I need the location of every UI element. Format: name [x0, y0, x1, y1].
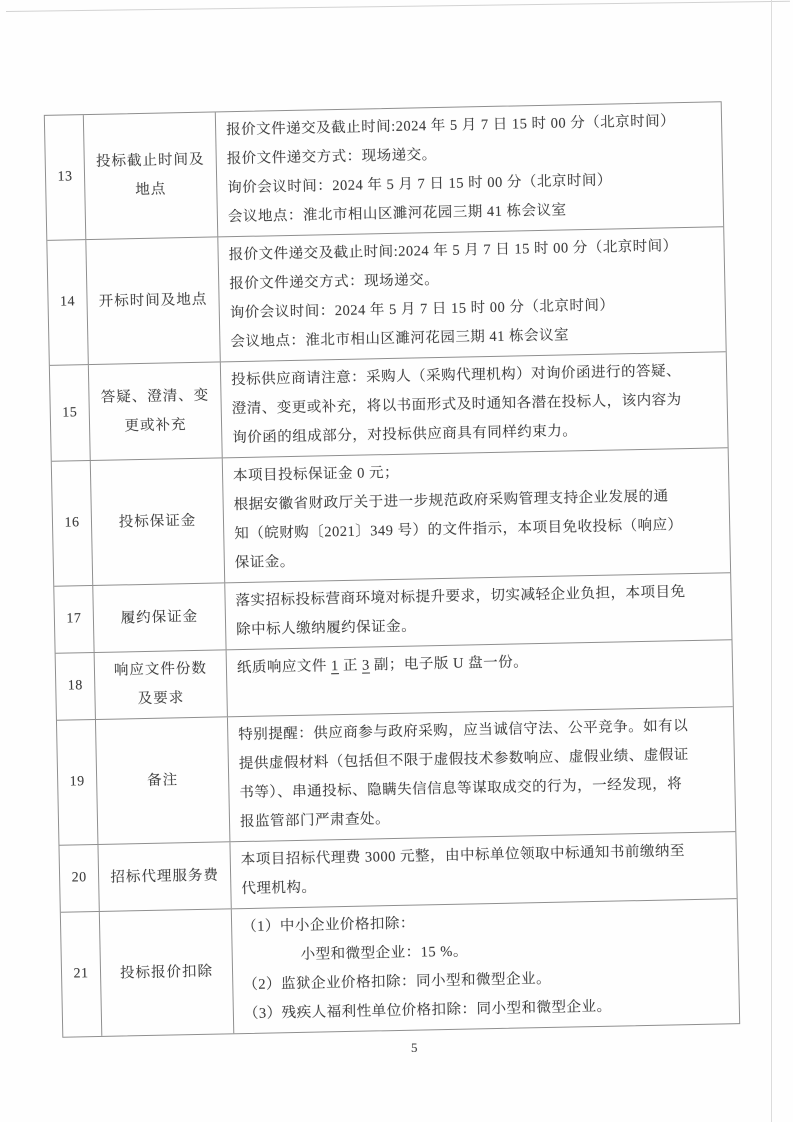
- table-row: 16 投标保证金 本项目投标保证金 0 元；根据安徽省财政厅关于进一步规范政府采…: [52, 447, 730, 586]
- text-segment: 询价会议时间：2024 年 5 月 7 日 15 时 00 分（北京时间）: [230, 297, 615, 321]
- text-segment: 根据安徽省财政厅关于进一步规范政府采购管理支持企业发展的通: [234, 488, 669, 513]
- row-number: 13: [45, 115, 85, 240]
- text-segment: 除中标人缴纳履约保证金。: [236, 619, 416, 639]
- row-content: 报价文件递交及截止时间:2024 年 5 月 7 日 15 时 00 分（北京时…: [215, 102, 723, 236]
- text-segment: 纸质响应文件: [237, 658, 331, 676]
- row-content: 投标供应商请注意：采购人（采购代理机构）对询价函进行的答疑、澄清、变更或补充，将…: [220, 352, 728, 457]
- text-segment: 投标供应商请注意：采购人（采购代理机构）对询价函进行的答疑、: [231, 363, 681, 388]
- text-segment: （2）监狱企业价格扣除：同小型和微型企业。: [243, 971, 551, 993]
- text-segment: 报价文件递交及截止时间:2024 年 5 月 7 日 15 时 00 分（北京时…: [226, 113, 675, 138]
- text-segment: 保证金。: [235, 554, 295, 571]
- text-segment: 本项目投标保证金 0 元；: [233, 465, 399, 484]
- text-segment: 报价文件递交及截止时间:2024 年 5 月 7 日 15 时 00 分（北京时…: [228, 238, 677, 263]
- label-line: 投标保证金: [118, 506, 196, 537]
- text-segment: 小型和微型企业：15 %。: [301, 944, 468, 963]
- label-line: 履约保证金: [120, 602, 198, 633]
- row-label: 招标代理服务费: [97, 842, 230, 911]
- row-label: 答疑、澄清、变更或补充: [88, 362, 222, 460]
- scanned-document-page: 13 投标截止时间及地点 报价文件递交及截止时间:2024 年 5 月 7 日 …: [0, 0, 793, 1122]
- text-segment: 特别提醒：供应商参与政府采购，应当诚信守法、公平竞争。如有以: [238, 718, 688, 743]
- table-row: 19 备注 特别提醒：供应商参与政府采购，应当诚信守法、公平竞争。如有以提供虚假…: [57, 706, 735, 845]
- text-segment: 澄清、变更或补充，将以书面形式及时通知各潜在投标人，该内容为: [232, 392, 682, 417]
- label-line: 响应文件份数: [114, 655, 208, 686]
- text-segment: 本项目招标代理费 3000 元整，由中标单位领取中标通知书前缴纳至: [241, 843, 685, 868]
- label-line: 投标截止时间及: [96, 146, 205, 177]
- row-label: 投标截止时间及地点: [83, 112, 217, 239]
- row-content: 本项目招标代理费 3000 元整，由中标单位领取中标通知书前缴纳至代理机构。: [229, 832, 736, 908]
- content-line: 纸质响应文件 1 正 3 副；电子版 U 盘一份。: [237, 644, 724, 683]
- info-table: 13 投标截止时间及地点 报价文件递交及截止时间:2024 年 5 月 7 日 …: [44, 101, 740, 1037]
- row-number: 17: [54, 586, 93, 653]
- table-row: 13 投标截止时间及地点 报价文件递交及截止时间:2024 年 5 月 7 日 …: [45, 102, 723, 240]
- text-segment: 正: [339, 658, 363, 674]
- table-row: 20 招标代理服务费 本项目招标代理费 3000 元整，由中标单位领取中标通知书…: [59, 831, 736, 912]
- row-number: 16: [52, 461, 92, 586]
- text-segment: （1）中小企业价格扣除：: [242, 916, 415, 935]
- row-number: 15: [50, 365, 90, 461]
- row-number: 18: [56, 653, 95, 720]
- text-segment: 报价文件递交方式：现场递交。: [229, 272, 439, 292]
- row-number: 20: [59, 845, 98, 912]
- text-segment: 提供虚假材料（包括但不限于虚假技术参数响应、虚假业绩、虚假证: [239, 747, 689, 772]
- row-content: 纸质响应文件 1 正 3 副；电子版 U 盘一份。: [226, 640, 733, 716]
- table-row: 15 答疑、澄清、变更或补充 投标供应商请注意：采购人（采购代理机构）对询价函进…: [50, 351, 728, 461]
- text-segment: 会议地点：淮北市相山区濉河花园三期 41 栋会议室: [230, 327, 569, 350]
- label-line: 地点: [135, 175, 167, 205]
- tilted-sheet: 13 投标截止时间及地点 报价文件递交及截止时间:2024 年 5 月 7 日 …: [44, 101, 740, 1037]
- text-segment: 报监管部门严肃查处。: [240, 811, 390, 830]
- row-content: 特别提醒：供应商参与政府采购，应当诚信守法、公平竞争。如有以提供虚假材料（包括但…: [227, 707, 735, 841]
- text-segment: 书等）、串通投标、隐瞒失信信息等谋取成交的行为，一经发现，将: [239, 776, 682, 801]
- row-number: 21: [61, 912, 101, 1037]
- text-segment: 知（皖财购〔2021〕349 号）的文件指示，本项目免收投标（响应）: [234, 517, 683, 542]
- text-segment: 代理机构。: [241, 880, 316, 898]
- text-segment: 副；电子版 U 盘一份。: [370, 654, 529, 673]
- row-content: 落实招标投标营商环境对标提升要求，切实减轻企业负担，本项目免除中标人缴纳履约保证…: [224, 573, 731, 649]
- row-label: 履约保证金: [92, 583, 225, 652]
- row-content: 本项目投标保证金 0 元；根据安徽省财政厅关于进一步规范政府采购管理支持企业发展…: [222, 448, 730, 582]
- row-label: 投标报价扣除: [99, 909, 233, 1036]
- label-line: 更或补充: [124, 411, 187, 441]
- table-row: 17 履约保证金 落实招标投标营商环境对标提升要求，切实减轻企业负担，本项目免除…: [54, 572, 731, 653]
- table-row: 18 响应文件份数及要求 纸质响应文件 1 正 3 副；电子版 U 盘一份。: [56, 639, 733, 720]
- label-line: 招标代理服务费: [110, 861, 219, 892]
- text-segment: 询价函的组成部分，对投标供应商具有同样约束力。: [232, 423, 577, 446]
- row-content: （1）中小企业价格扣除：小型和微型企业：15 %。（2）监狱企业价格扣除：同小型…: [231, 899, 739, 1033]
- text-segment: （3）残疾人福利性单位价格扣除：同小型和微型企业。: [244, 999, 612, 1022]
- row-number: 14: [47, 240, 87, 365]
- row-number: 19: [57, 720, 97, 845]
- row-label: 备注: [95, 717, 229, 844]
- page-number: 5: [411, 1040, 418, 1056]
- table-row: 21 投标报价扣除 （1）中小企业价格扣除：小型和微型企业：15 %。（2）监狱…: [61, 898, 739, 1037]
- text-segment: 询价会议时间：2024 年 5 月 7 日 15 时 00 分（北京时间）: [227, 173, 612, 197]
- label-line: 开标时间及地点: [99, 285, 208, 316]
- row-label: 投标保证金: [90, 458, 224, 585]
- row-label: 开标时间及地点: [85, 237, 219, 364]
- row-label: 响应文件份数及要求: [94, 650, 227, 719]
- label-line: 答疑、澄清、变: [100, 381, 209, 412]
- label-line: 投标报价扣除: [120, 957, 214, 988]
- text-segment: 会议地点：淮北市相山区濉河花园三期 41 栋会议室: [228, 202, 567, 225]
- scan-paper-edge-right: [771, 0, 772, 1122]
- label-line: 及要求: [138, 684, 185, 714]
- table-row: 14 开标时间及地点 报价文件递交及截止时间:2024 年 5 月 7 日 15…: [47, 226, 725, 365]
- text-segment: 报价文件递交方式：现场递交。: [227, 147, 437, 167]
- scan-paper-edge-top: [6, 1, 790, 12]
- row-content: 报价文件递交及截止时间:2024 年 5 月 7 日 15 时 00 分（北京时…: [217, 227, 725, 361]
- text-segment: 落实招标投标营商环境对标提升要求，切实减轻企业负担，本项目免: [235, 584, 685, 609]
- label-line: 备注: [147, 766, 179, 796]
